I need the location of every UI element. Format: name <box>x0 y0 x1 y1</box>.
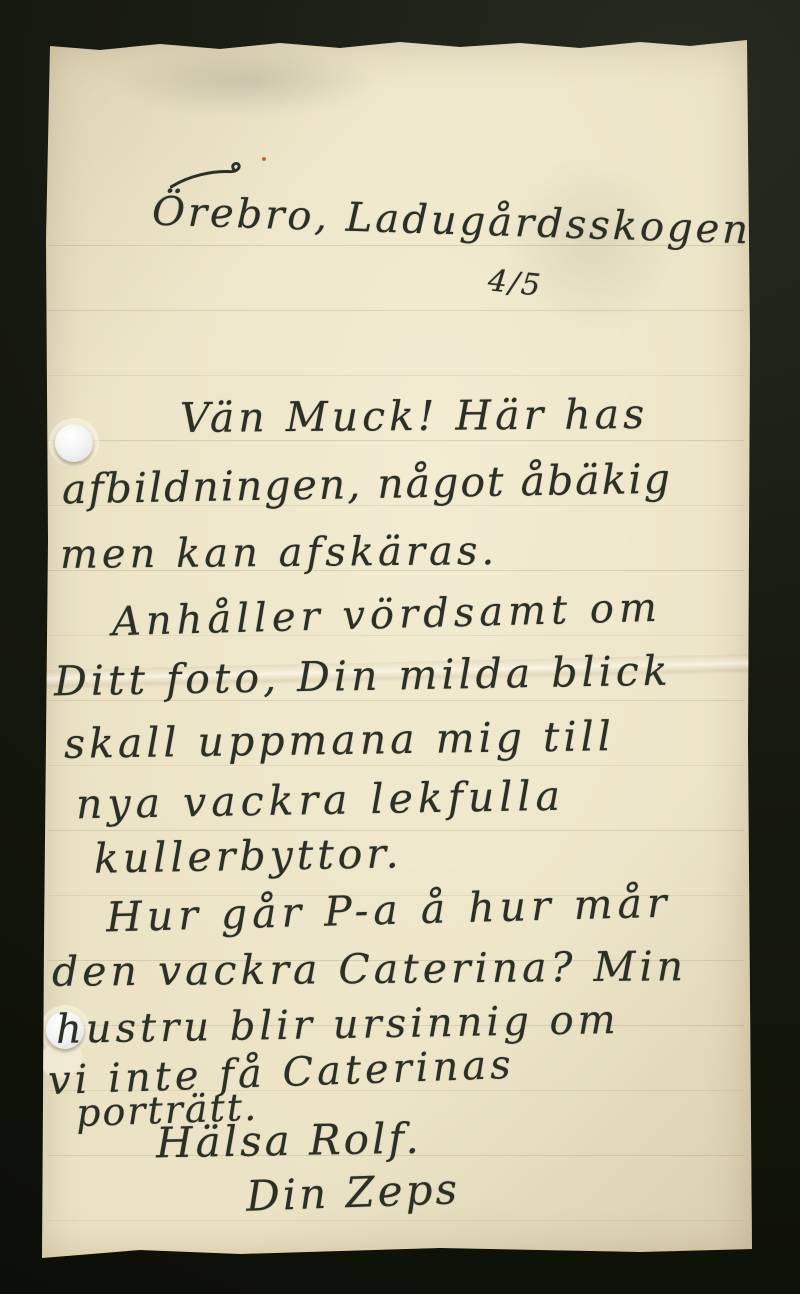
letter-line: kullerbyttor. <box>94 829 403 882</box>
signature-line: Din Zeps <box>245 1164 461 1220</box>
paper-rule-line <box>48 375 744 376</box>
letter-heading-date: 4/5 <box>486 263 544 303</box>
paper-rule-line <box>48 1220 744 1221</box>
letter-line: den vackra Caterina? Min <box>52 942 687 996</box>
scan-background: Örebro, Ladugårdsskogen 4/5 Vän Muck! Hä… <box>0 0 800 1294</box>
letter-line: Vän Muck! Här has <box>180 390 649 442</box>
letter-line: skall uppmana mig till <box>64 712 615 768</box>
paper-smudge <box>110 46 380 116</box>
letter-line: Anhåller vördsamt om <box>111 585 662 645</box>
letter-closing-line: Hälsa Rolf. <box>156 1114 423 1168</box>
letter-line: Hur går P-a å hur mår <box>105 879 672 942</box>
punch-hole-top <box>55 424 93 462</box>
letter-line: hustru blir ursinnig om <box>56 997 620 1053</box>
letter-line: men kan afskäras. <box>60 528 499 578</box>
paper-speck <box>262 157 266 161</box>
letter-line: nya vackra lekfulla <box>76 772 566 829</box>
letter-line: Ditt foto, Din milda blick <box>54 647 672 706</box>
letter-paper: Örebro, Ladugårdsskogen 4/5 Vän Muck! Hä… <box>40 40 752 1258</box>
